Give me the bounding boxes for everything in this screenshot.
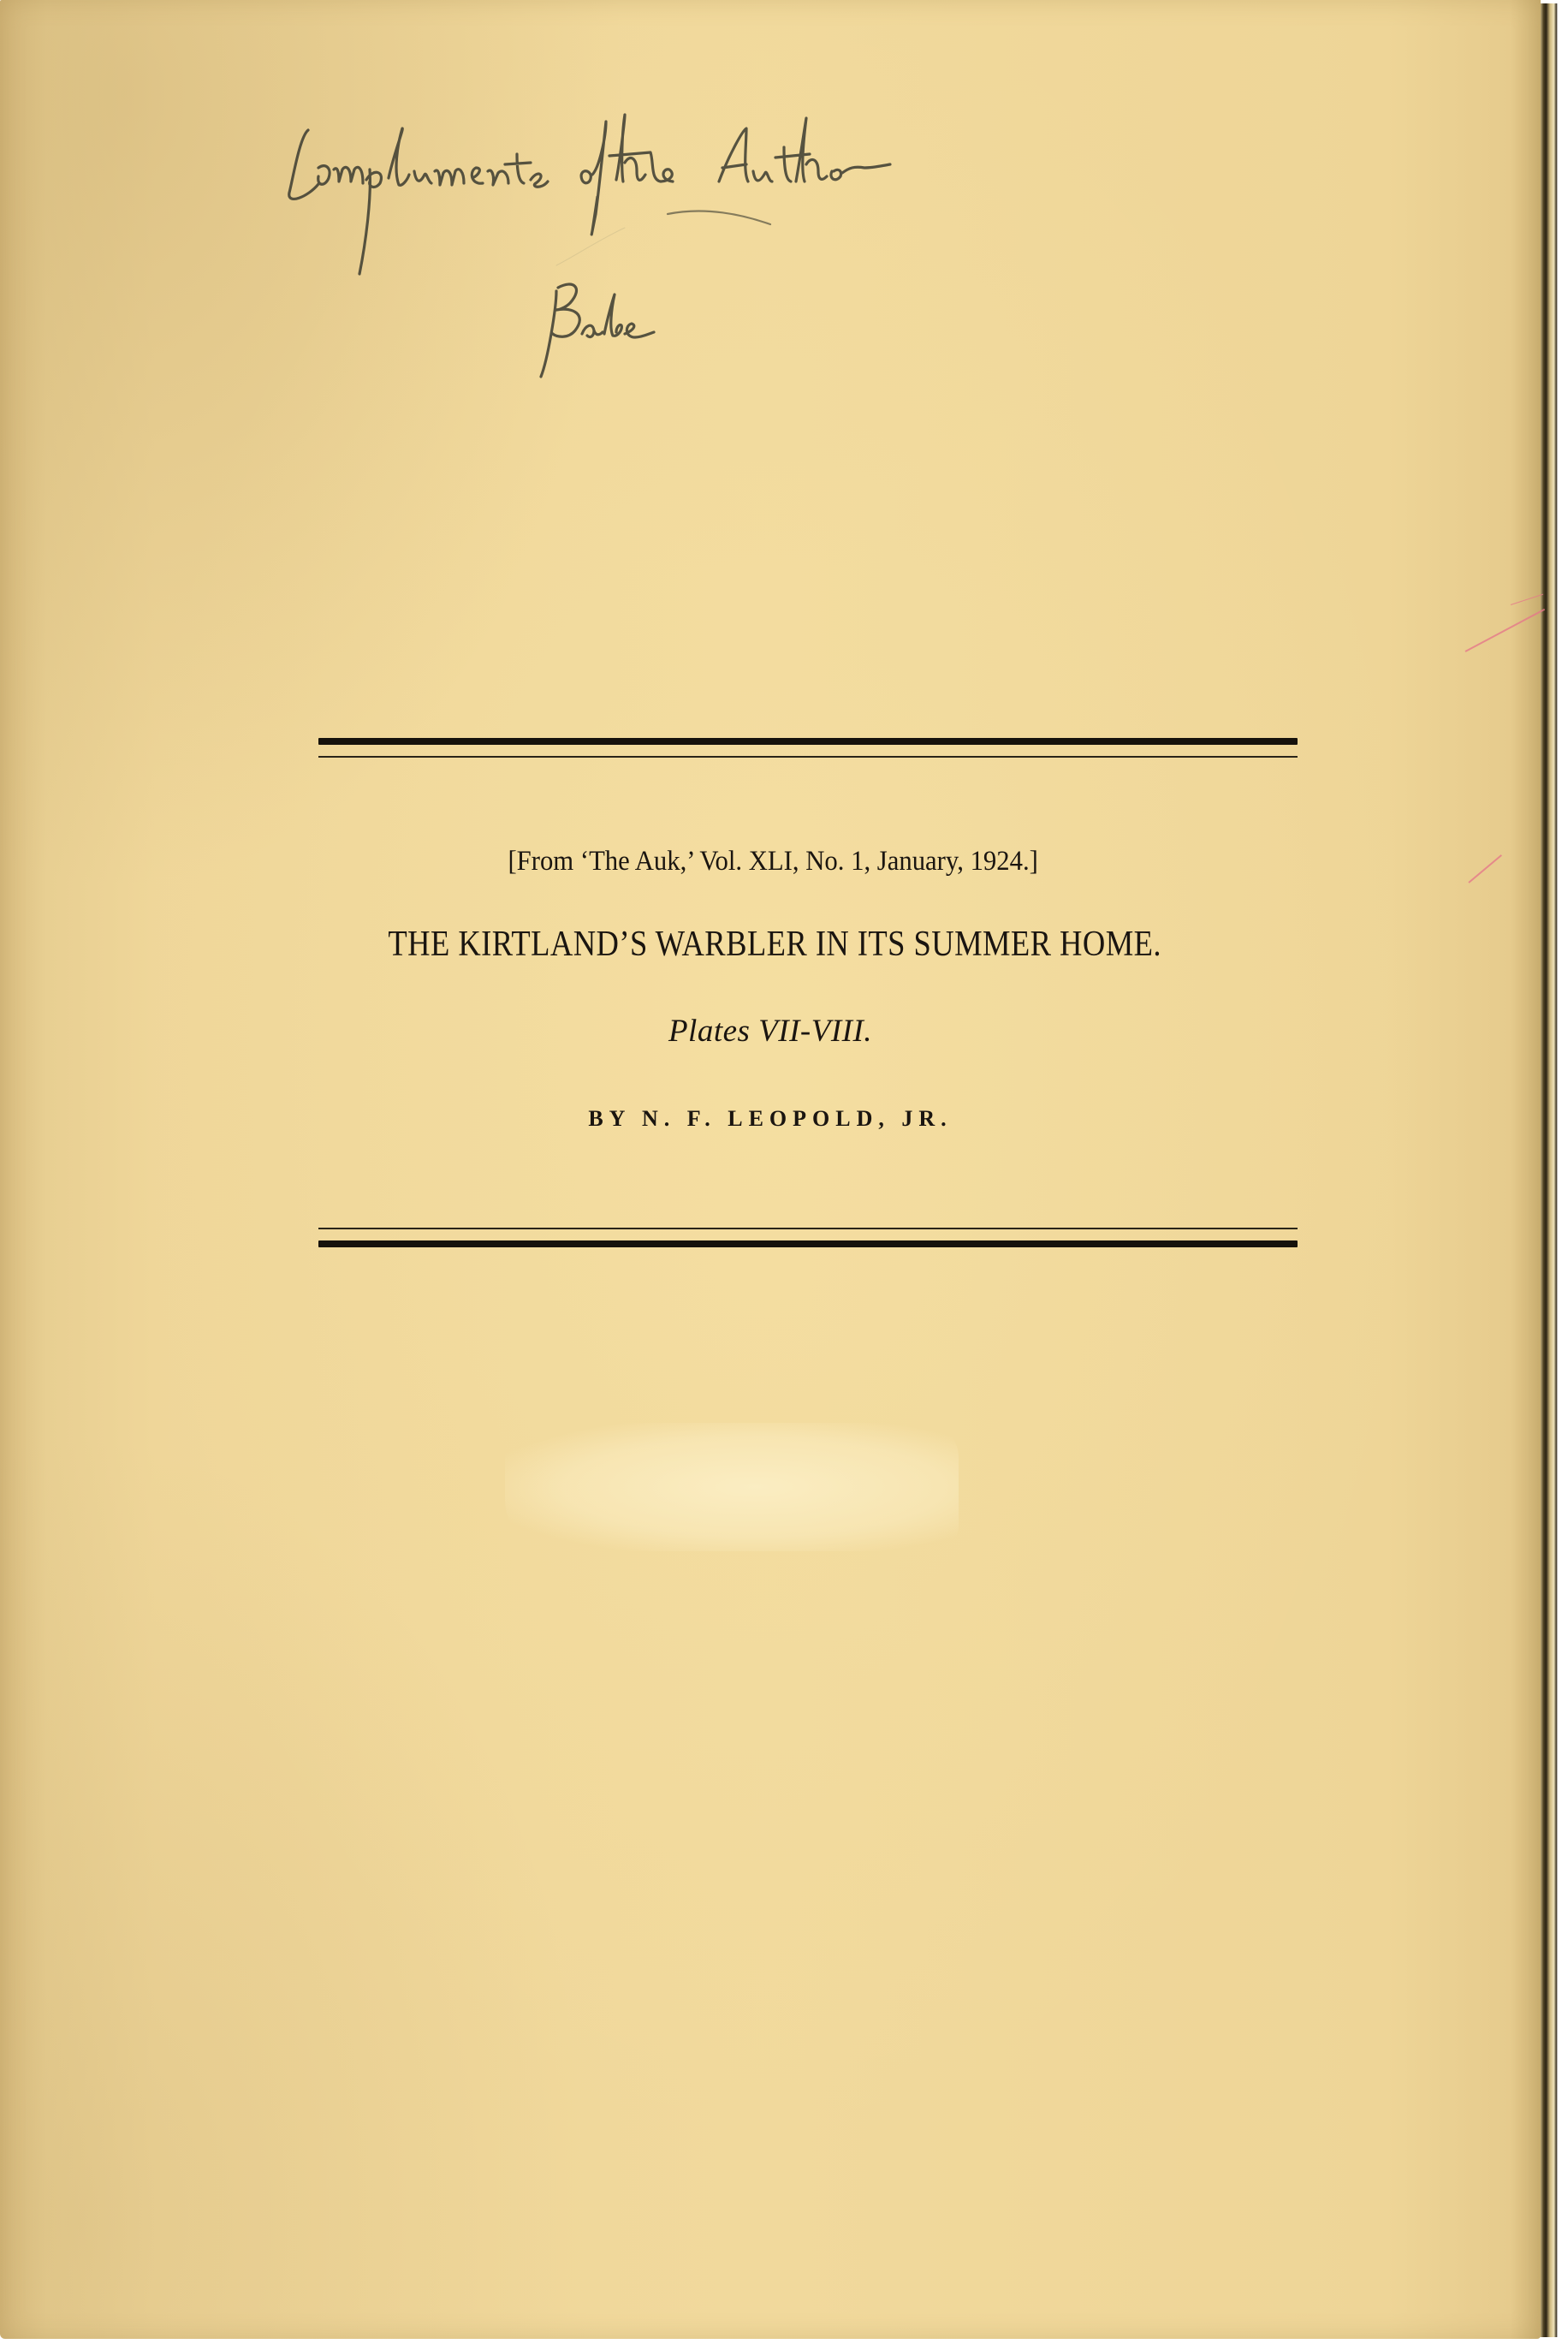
author-byline: BY N. F. LEOPOLD, JR. (0, 1106, 1541, 1132)
rule-thick (318, 1240, 1298, 1247)
bottom-double-rule (318, 1228, 1298, 1247)
scraped-paper-patch (505, 1423, 959, 1551)
inscription-strokes: Compliments of the Author Babe (274, 86, 1472, 428)
handwritten-inscription: Compliments of the Author Babe (274, 86, 1472, 428)
pink-pencil-mark (1465, 609, 1546, 652)
top-double-rule (318, 738, 1298, 758)
rule-thin (318, 756, 1298, 758)
rule-thick (318, 738, 1298, 745)
rule-thin (318, 1228, 1298, 1229)
source-citation: [From ‘The Auk,’ Vol. XLI, No. 1, Januar… (56, 846, 1489, 878)
pink-pencil-mark (1511, 594, 1543, 605)
pamphlet-cover: Compliments of the Author Babe [From ‘Th… (0, 0, 1541, 2339)
article-title: THE KIRTLAND’S WARBLER IN ITS SUMMER HOM… (104, 924, 1445, 965)
plates-note: Plates VII-VIII. (0, 1013, 1541, 1050)
